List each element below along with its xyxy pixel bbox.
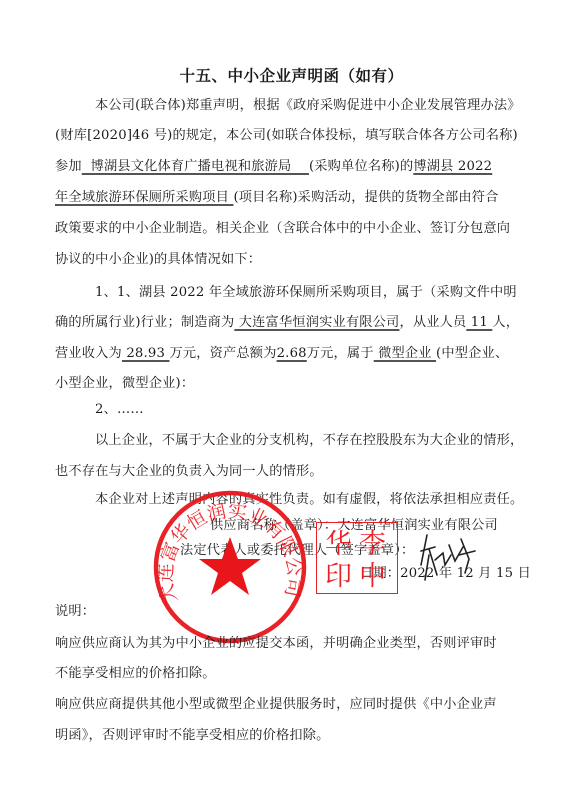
svg-text:印: 印 [325,561,352,592]
employee-count: 11 [466,315,492,330]
project-name-part1: 博湖县 2022 [413,159,492,174]
svg-text:中: 中 [359,561,386,592]
enterprise-type: 微型企业 [374,346,436,361]
text: 万元，属于 [307,346,374,361]
item1-line1: 1、1、湖县 2022 年全域旅游环保厕所采购项目，属于（采购文件中明 [95,285,517,301]
text: (项目名称)采购活动，提供的货物全部由符合 [233,190,498,205]
para2-line2: 也不存在与大企业的负责入为同一人的情形。 [55,464,323,480]
manufacturer-name: 大连富华恒润实业有限公司 [234,315,399,330]
text: ，从业人员 [399,315,466,330]
purchaser-name: 博湖县文化体育广播电视和旅游局 [82,159,309,174]
para2-line1: 以上企业，不属于大企业的分支机构，不存在控股股东为大企业的情形， [95,433,523,449]
document-title: 十五、中小企业声明函（如有） [0,64,583,86]
revenue-value: 28.93 [122,346,170,361]
para1-line2: (财库[2020]46 号)的规定，本公司(如联合体投标，填写联合体各方公司名称… [55,128,518,144]
text: 万元，资产总额为 [169,346,276,361]
text: 确的所属行业)行业；制造商为 [55,315,234,330]
item2: 2、…… [95,402,144,418]
text: (中型企业、 [436,346,508,361]
item1-line2: 确的所属行业)行业；制造商为 大连富华恒润实业有限公司，从业人员 11 人， [55,315,519,331]
text: (采购单位名称)的 [309,159,413,174]
notes-line4: 明函》，否则评审时不能享受相应的价格扣除。 [55,728,330,744]
text: 人， [492,315,519,330]
para1-line3: 参加 博湖县文化体育广播电视和旅游局 (采购单位名称)的博湖县 2022 [55,159,492,175]
round-company-seal-icon: 大连富华恒润实业有限公司 [150,487,310,647]
text: 营业收入为 [55,346,122,361]
handwritten-signature-icon [415,525,485,587]
svg-text:华: 华 [325,529,352,560]
para1-line5: 政策要求的中小企业制造。相关企业（含联合体中的中小企业、签订分包意向 [55,221,510,237]
para1-line1: 本公司(联合体)郑重声明，根据《政府采购促进中小企业发展管理办法》 [95,98,521,114]
notes-heading: 说明： [55,604,95,620]
svg-text:李: 李 [359,529,386,560]
notes-line3: 响应供应商提供其他小型或微型企业提供服务时，应同时提供《中小企业声 [55,697,497,713]
project-name-part2: 年全域旅游环保厕所采购项目 [55,190,233,205]
square-personal-seal-icon: 华 李 印 中 [316,522,398,594]
assets-value: 2.68 [277,346,307,361]
para1-line6: 协议的中小企业)的具体情况如下： [55,252,261,268]
notes-line1: 响应供应商认为其为中小企业的应提交本函，并明确企业类型，否则评审时 [55,636,497,652]
notes-line2: 不能享受相应的价格扣除。 [55,666,216,682]
item1-line3: 营业收入为 28.93 万元，资产总额为2.68万元，属于 微型企业 (中型企业… [55,346,508,362]
text: 参加 [55,159,82,174]
para1-line4: 年全域旅游环保厕所采购项目 (项目名称)采购活动，提供的货物全部由符合 [55,190,499,206]
item1-line4: 小型企业，微型企业)： [55,376,194,392]
